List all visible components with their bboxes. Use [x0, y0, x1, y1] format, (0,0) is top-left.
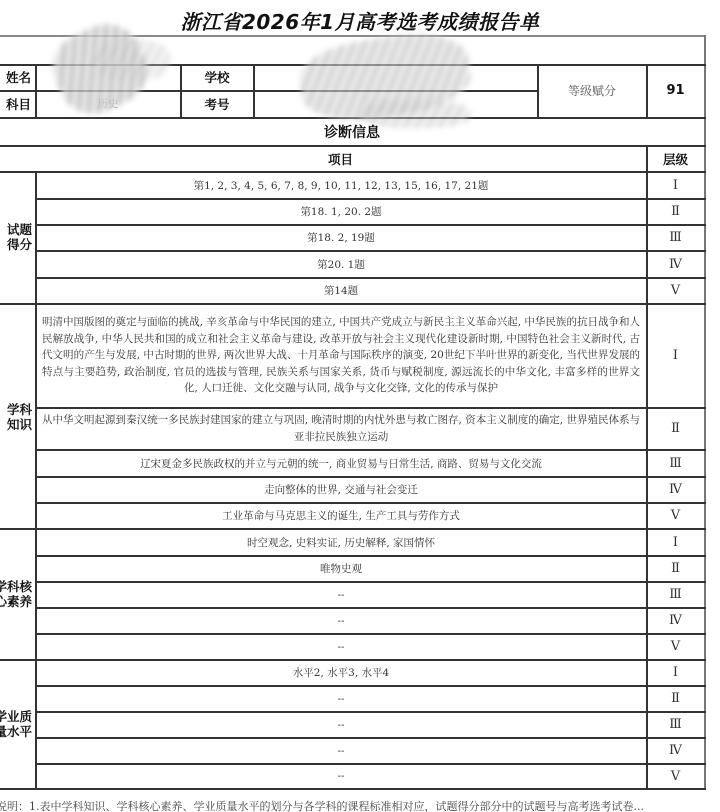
- diagnosis-section-title-text: 诊断信息: [324, 122, 380, 142]
- row-item-text: 第20. 1题: [317, 257, 365, 272]
- group-label-line: 学科核: [0, 579, 32, 594]
- group-label-line: 量水平: [0, 724, 32, 739]
- header-level: 层级: [647, 146, 704, 171]
- row-level-text: Ⅱ: [671, 204, 680, 219]
- row-level-text: Ⅲ: [669, 717, 682, 732]
- table-row-level: Ⅱ: [647, 408, 704, 449]
- grade-score-label-text: 等级赋分: [568, 82, 616, 99]
- row-item-text: 第14题: [324, 283, 358, 298]
- table-row-level: Ⅰ: [647, 660, 704, 685]
- row-level-text: Ⅴ: [671, 283, 680, 298]
- row-item-text: --: [337, 719, 344, 731]
- table-row-level: Ⅱ: [647, 686, 704, 711]
- row-level-text: Ⅲ: [669, 456, 682, 471]
- table-row-item: 工业革命与马克思主义的诞生, 生产工具与劳作方式: [36, 503, 646, 528]
- group-label-knowledge: 学科 知识: [0, 402, 32, 432]
- row-item-text: --: [337, 770, 344, 782]
- footer-note: 说明：1.表中学科知识、学科核心素养、学业质量水平的划分与各学科的课程标准相对应…: [0, 798, 720, 812]
- row-level-text: Ⅲ: [669, 587, 682, 602]
- row-item-text: 第18. 1, 20. 2题: [300, 204, 381, 219]
- header-level-text: 层级: [663, 150, 688, 168]
- table-row-item: --: [36, 764, 646, 788]
- grade-score-label: 等级赋分: [538, 64, 646, 117]
- table-row-level: Ⅳ: [647, 477, 704, 502]
- table-row-item: --: [36, 634, 646, 659]
- row-level-text: Ⅰ: [673, 348, 678, 363]
- row-item-text: --: [337, 693, 344, 705]
- group-label-score: 试题 得分: [0, 222, 32, 252]
- row-item-text: 从中华文明起源到秦汉统一多民族封建国家的建立与巩固, 晚清时期的内忧外患与救亡图…: [36, 412, 646, 445]
- row-item-text: 唯物史观: [320, 561, 362, 576]
- row-level-text: Ⅴ: [671, 769, 680, 784]
- subject-label-text: 科目: [6, 95, 31, 113]
- table-row-item: 时空观念, 史料实证, 历史解释, 家国情怀: [36, 529, 646, 555]
- row-item-text: 明清中国版图的奠定与面临的挑战, 辛亥革命与中华民国的建立, 中国共产党成立与新…: [36, 314, 646, 397]
- table-row-level: Ⅳ: [647, 251, 704, 277]
- table-row-item: 第18. 1, 20. 2题: [36, 199, 646, 224]
- table-row-level: Ⅰ: [647, 172, 704, 198]
- group-label-line: 心素养: [0, 594, 32, 609]
- exam-no-label: 考号: [181, 90, 253, 117]
- table-row-item: --: [36, 582, 646, 607]
- table-row-item: 辽宋夏金多民族政权的并立与元朝的统一, 商业贸易与日常生活, 商路、贸易与文化交…: [36, 450, 646, 476]
- table-row-level: Ⅴ: [647, 634, 704, 659]
- row-item-text: --: [337, 589, 344, 601]
- subject-label: 科目: [0, 90, 35, 117]
- row-level-text: Ⅴ: [671, 639, 680, 654]
- group-label-line: 试题: [0, 222, 32, 237]
- table-row-level: Ⅴ: [647, 764, 704, 788]
- group-label-quality-level: 学业质 量水平: [0, 709, 32, 739]
- row-level-text: Ⅰ: [673, 535, 678, 550]
- row-item-text: --: [337, 745, 344, 757]
- row-level-text: Ⅴ: [671, 508, 680, 523]
- header-item: 项目: [35, 146, 646, 171]
- table-row-level: Ⅳ: [647, 738, 704, 763]
- grade-score-value-text: 91: [666, 83, 684, 98]
- redaction-smudge: [95, 40, 170, 80]
- row-level-text: Ⅱ: [671, 561, 680, 576]
- row-level-text: Ⅰ: [673, 665, 678, 680]
- divider: [0, 788, 706, 790]
- table-row-item: 第20. 1题: [36, 251, 646, 277]
- table-row-level: Ⅱ: [647, 556, 704, 581]
- row-level-text: Ⅳ: [669, 257, 682, 272]
- exam-no-label-text: 考号: [204, 95, 229, 113]
- table-row-item: 走向整体的世界, 交通与社会变迁: [36, 477, 646, 502]
- table-row-item: 明清中国版图的奠定与面临的挑战, 辛亥革命与中华民国的建立, 中国共产党成立与新…: [36, 304, 646, 407]
- school-label: 学校: [181, 64, 253, 90]
- row-level-text: Ⅳ: [669, 613, 682, 628]
- row-item-text: --: [337, 615, 344, 627]
- row-item-text: 辽宋夏金多民族政权的并立与元朝的统一, 商业贸易与日常生活, 商路、贸易与文化交…: [140, 456, 542, 471]
- row-item-text: 工业革命与马克思主义的诞生, 生产工具与劳作方式: [222, 508, 460, 523]
- row-level-text: Ⅰ: [673, 178, 678, 193]
- group-label-line: 知识: [0, 417, 32, 432]
- table-row-item: --: [36, 712, 646, 737]
- row-level-text: Ⅱ: [671, 691, 680, 706]
- table-row-level: Ⅴ: [647, 278, 704, 303]
- table-row-level: Ⅰ: [647, 529, 704, 555]
- diagnosis-section-title: 诊断信息: [0, 118, 704, 145]
- table-row-level: Ⅳ: [647, 608, 704, 633]
- table-row-level: Ⅰ: [647, 304, 704, 407]
- table-row-item: --: [36, 686, 646, 711]
- table-row-level: Ⅴ: [647, 503, 704, 528]
- table-row-level: Ⅱ: [647, 199, 704, 224]
- row-item-text: --: [337, 641, 344, 653]
- group-label-core-literacy: 学科核 心素养: [0, 579, 32, 609]
- row-item-text: 第18. 2, 19题: [307, 230, 375, 245]
- table-row-item: --: [36, 608, 646, 633]
- group-label-line: 得分: [0, 237, 32, 252]
- row-item-text: 水平2, 水平3, 水平4: [293, 665, 389, 680]
- group-label-line: 学科: [0, 402, 32, 417]
- table-row-item: 第18. 2, 19题: [36, 225, 646, 250]
- group-label-line: 学业质: [0, 709, 32, 724]
- row-item-text: 第1, 2, 3, 4, 5, 6, 7, 8, 9, 10, 11, 12, …: [194, 178, 489, 193]
- grade-score-value: 91: [647, 64, 704, 117]
- table-row-level: Ⅲ: [647, 582, 704, 607]
- name-label: 姓名: [0, 64, 35, 90]
- table-row-level: Ⅲ: [647, 225, 704, 250]
- table-row-item: 从中华文明起源到秦汉统一多民族封建国家的建立与巩固, 晚清时期的内忧外患与救亡图…: [36, 408, 646, 449]
- row-level-text: Ⅳ: [669, 743, 682, 758]
- table-right-border: [704, 35, 706, 789]
- table-row-item: 水平2, 水平3, 水平4: [36, 660, 646, 685]
- row-level-text: Ⅲ: [669, 230, 682, 245]
- row-level-text: Ⅱ: [671, 421, 680, 436]
- table-row-item: --: [36, 738, 646, 763]
- table-row-item: 第1, 2, 3, 4, 5, 6, 7, 8, 9, 10, 11, 12, …: [36, 172, 646, 198]
- table-row-item: 第14题: [36, 278, 646, 303]
- row-item-text: 走向整体的世界, 交通与社会变迁: [264, 482, 418, 497]
- row-level-text: Ⅳ: [669, 482, 682, 497]
- row-item-text: 时空观念, 史料实证, 历史解释, 家国情怀: [247, 535, 435, 550]
- header-item-text: 项目: [328, 150, 353, 168]
- table-row-level: Ⅲ: [647, 450, 704, 476]
- name-label-text: 姓名: [6, 68, 31, 86]
- table-row-item: 唯物史观: [36, 556, 646, 581]
- table-row-level: Ⅲ: [647, 712, 704, 737]
- school-label-text: 学校: [204, 68, 229, 86]
